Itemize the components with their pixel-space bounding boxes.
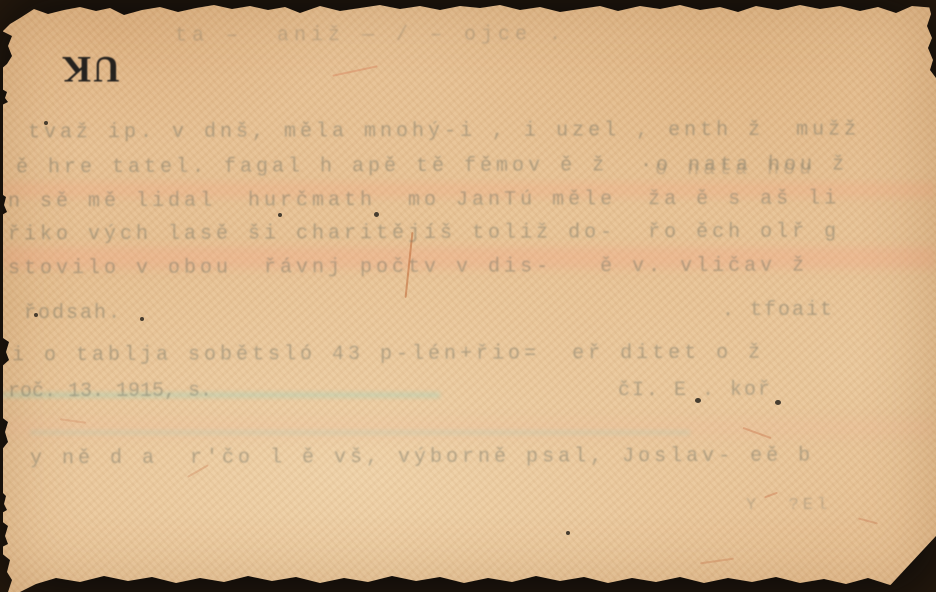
faint-line-12: y ně d a r'čo l ě vš, výborně psal, Josl… — [30, 445, 814, 471]
pink-toner-band-lower — [0, 419, 936, 437]
red-scuff-6 — [700, 558, 734, 565]
faint-line-13: Y ?El — [746, 496, 831, 515]
ink-speck-7 — [775, 400, 781, 405]
ink-speck-5 — [140, 317, 144, 321]
faint-line-1: ta – aniž — / – ojce . — [175, 23, 566, 47]
red-scuff-2 — [743, 427, 772, 439]
red-scuff-5 — [60, 418, 86, 424]
scanned-document-card: UK ta – aniž — / – ojce . tvaž ip. v dnš… — [0, 0, 936, 592]
faint-line-7: řodsah. — [24, 302, 122, 325]
ink-speck-8 — [566, 531, 570, 535]
faint-line-6: stovilo v obou řávnj počtv v dis- ě v. v… — [8, 255, 808, 281]
ink-speck-3 — [374, 212, 379, 217]
faint-line-2: tvaž ip. v dnš, měla mnohý-i , i uzel , … — [28, 119, 860, 145]
faint-line-4: n sě mě lidal hurčmath mo JanTú měle ža … — [8, 188, 840, 214]
red-scuff-1 — [332, 65, 377, 77]
faint-line-10: roč. 13. 1915, s. — [8, 380, 212, 404]
cyan-streak-lower — [30, 430, 690, 435]
red-scuff-4 — [858, 517, 878, 524]
faint-line-8: . tfoait — [722, 299, 834, 322]
faint-line-14: o nata hou — [655, 158, 815, 182]
ink-speck-2 — [278, 213, 282, 217]
uk-stamp: UK — [54, 46, 126, 90]
faint-line-9: i o tablja sobětsló 43 p-lén+řio= eř dit… — [12, 342, 764, 368]
faint-line-11: čI. E . koř — [618, 379, 772, 403]
faint-line-5: řiko vých lasě ši charitějíš toliž do- ř… — [8, 221, 840, 247]
